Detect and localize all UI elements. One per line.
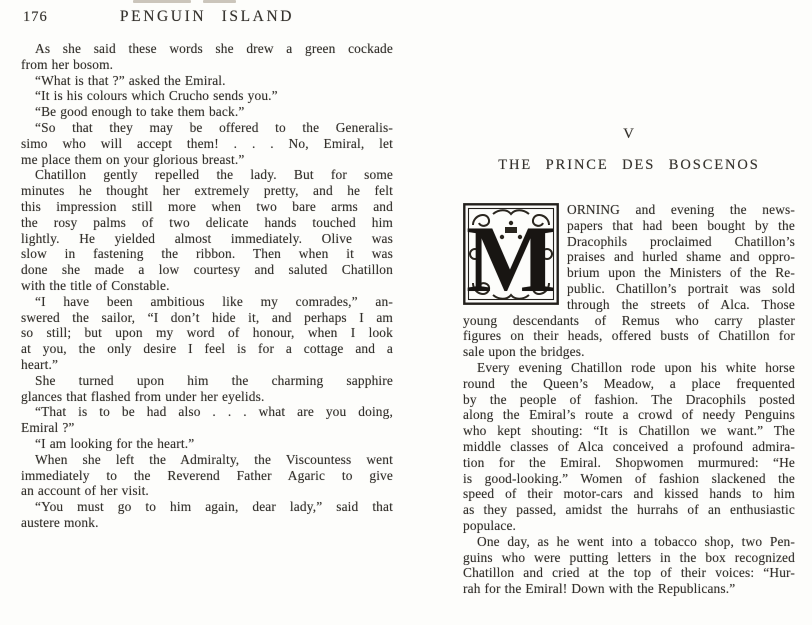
text-line: young descendants of Remus who carry pla… [463, 313, 795, 329]
book-spread: 176 PENGUIN ISLAND As she said these wor… [0, 0, 812, 625]
text-line: glances that flashed from under her eyel… [21, 389, 393, 405]
text-line: an account of her visit. [21, 483, 393, 499]
text-line: along the Emiral’s route a crowd of need… [463, 407, 795, 423]
text-line: She turned upon him the charming sapphir… [21, 373, 393, 389]
woodcut-initial-icon: M [463, 203, 559, 305]
text-line: guins who were putting letters in the bo… [463, 550, 795, 566]
text-line: with the title of Constable. [21, 278, 393, 294]
text-line: speed of their motor-cars and kissed han… [463, 486, 795, 502]
text-line: brium upon the Ministers of the Re- [567, 265, 795, 281]
text-line: minutes he thought her extremely pretty,… [21, 183, 393, 199]
text-line: middle classes of Alca conceived a profo… [463, 439, 795, 455]
text-line: Chatillon gently repelled the lady. But … [21, 167, 393, 183]
text-line: swered the sailor, “I don’t hide it, and… [21, 310, 393, 326]
text-line: One day, as he went into a tobacco shop,… [463, 534, 795, 550]
right-page: V THE PRINCE DES BOSCENOS [463, 0, 795, 625]
text-line: “I am looking for the heart.” [21, 436, 393, 452]
text-line: is good-looking.” Women of fashion slack… [463, 471, 795, 487]
text-line: As she said these words she drew a green… [21, 41, 393, 57]
left-page-text: As she said these words she drew a green… [21, 41, 393, 531]
text-line: “You must go to him again, dear lady,” s… [21, 499, 393, 515]
text-line: at you, the only desire I feel is for a … [21, 341, 393, 357]
text-line: Dracophils proclaimed Chatillon’s [567, 234, 795, 250]
text-line: me place them on your glorious breast.” [21, 152, 393, 168]
text-line: sale upon the bridges. [463, 344, 795, 360]
text-line: “That is to be had also . . . what are y… [21, 404, 393, 420]
text-line: rah for the Emiral! Down with the Republ… [463, 581, 795, 597]
text-line: When she left the Admiralty, the Viscoun… [21, 452, 393, 468]
text-line: simo who will accept them! . . . No, Emi… [21, 136, 393, 152]
text-line: “I have been ambitious like my comrades,… [21, 294, 393, 310]
text-line: by the people of fashion. The Dracophils… [463, 392, 795, 408]
text-line: this impression still more when two bare… [21, 199, 393, 215]
opening-lines-full: young descendants of Remus who carry pla… [463, 313, 795, 360]
text-line: slow in fastening the ribbon. Then when … [21, 246, 393, 262]
text-line: done she made a low courtesy and saluted… [21, 262, 393, 278]
text-line: as they passed, amidst the hurrahs of an… [463, 502, 795, 518]
text-line: tion for the Emiral. Shopwomen murmured:… [463, 455, 795, 471]
right-paragraphs: Every evening Chatillon rode upon his wh… [463, 360, 795, 597]
text-line: “What is that ?” asked the Emiral. [21, 73, 393, 89]
text-line: from her bosom. [21, 57, 393, 73]
text-line: “So that they may be offered to the Gene… [21, 120, 393, 136]
text-line: so still; but upon my word of honour, wh… [21, 325, 393, 341]
text-line: immediately to the Reverend Father Agari… [21, 468, 393, 484]
text-line: praises and hurled shame and oppro- [567, 249, 795, 265]
text-line: populace. [463, 518, 795, 534]
text-line: austere monk. [21, 515, 393, 531]
left-page: 176 PENGUIN ISLAND As she said these wor… [21, 0, 393, 625]
text-line: papers that had been bought by the [567, 218, 795, 234]
text-line: round the Queen’s Meadow, a place freque… [463, 376, 795, 392]
text-line: heart.” [21, 357, 393, 373]
drop-cap-ornament: M [463, 203, 559, 305]
text-line: through the streets of Alca. Those [567, 297, 795, 313]
text-line: Every evening Chatillon rode upon his wh… [463, 360, 795, 376]
text-line: Chatillon and cried at the top of their … [463, 565, 795, 581]
running-header: PENGUIN ISLAND [21, 8, 393, 26]
chapter-number: V [463, 126, 795, 143]
text-line: who kept shouting: “It is Chatillon we w… [463, 423, 795, 439]
text-line: ORNING and evening the news- [567, 202, 795, 218]
drop-cap-letter: M [466, 206, 556, 305]
text-line: “It is his colours which Crucho sends yo… [21, 88, 393, 104]
text-line: “Be good enough to take them back.” [21, 104, 393, 120]
text-line: the rosy palms of two delicate hands tou… [21, 215, 393, 231]
text-line: lightly. He yielded almost immediately. … [21, 231, 393, 247]
right-page-text: M ORNING and evening the news-papers tha… [463, 202, 795, 597]
text-line: public. Chatillon’s portrait was sold [567, 281, 795, 297]
text-line: figures on their heads, offered busts of… [463, 328, 795, 344]
text-line: Emiral ?” [21, 420, 393, 436]
chapter-title: THE PRINCE DES BOSCENOS [463, 157, 795, 174]
